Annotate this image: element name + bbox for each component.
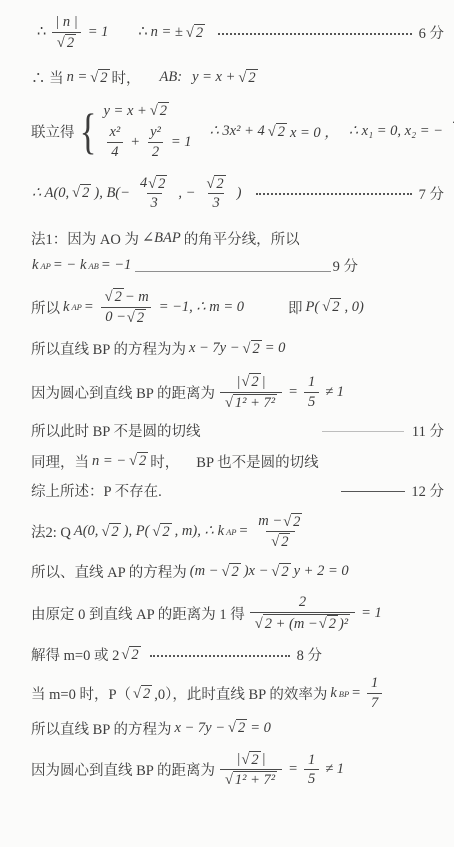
sqrt-icon: √ (225, 395, 233, 411)
sqrt-icon: √ (121, 647, 129, 663)
sqrt-icon: √ (241, 752, 249, 768)
chinese-text: ,0），此时直线 BP 的效率为 (154, 683, 327, 704)
score-label: 8 分 (297, 644, 322, 665)
sqrt-expression: √2 (72, 184, 91, 202)
numerator: m −√2 (254, 513, 307, 532)
math-text: | (236, 374, 240, 391)
math-text: ) (237, 185, 242, 202)
sqrt-icon: √ (255, 616, 263, 632)
chinese-text: 联立得 (31, 121, 75, 142)
subscript: AP (226, 527, 236, 537)
denominator: √1² + 7² (220, 392, 282, 412)
sqrt-icon: √ (57, 35, 65, 51)
sqrt-radicand: 2 (135, 309, 146, 327)
solution-line-6: kAP = − kAB = −1 9 分 (30, 255, 444, 276)
sqrt-radicand: 2 (65, 34, 76, 52)
sqrt-icon: √ (129, 453, 137, 469)
sqrt-icon: √ (283, 514, 291, 530)
solution-line-16: 解得 m=0 或 2 √2 8 分 (30, 644, 444, 665)
solution-line-2: ∴ 当 n = √2 时， AB: y = x + √2 (30, 67, 444, 88)
subscript: AB (88, 261, 98, 271)
sqrt-radicand: 2 (158, 102, 169, 120)
dotted-leader (150, 653, 290, 657)
fraction: 4√2 3 (449, 113, 454, 150)
numerator: |√2| (232, 373, 269, 392)
math-text: = 0 (250, 720, 271, 737)
numerator: 4√2 (136, 175, 172, 194)
math-text: − m (125, 289, 149, 306)
sqrt-radicand: 2 (160, 523, 171, 541)
solution-line-5: 法1：因为 AO 为 ∠BAP 的角平分线，所以 (30, 228, 444, 249)
sqrt-radicand: 2 (98, 69, 109, 87)
math-text: , 0) (344, 299, 363, 316)
chinese-text: 因为圆心到直线 BP 的距离为 (31, 759, 215, 780)
math-text: | (262, 751, 266, 768)
numerator: x² (106, 124, 125, 142)
sqrt-expression: √2 (129, 452, 148, 470)
sqrt-icon: √ (221, 564, 229, 580)
denominator: 5 (304, 769, 319, 788)
sqrt-expression: √2 + (m −√2)² (255, 614, 350, 633)
chinese-text: 时， (112, 67, 141, 88)
score-label: 9 分 (333, 255, 358, 276)
sqrt-icon: √ (72, 185, 80, 201)
sqrt-icon: √ (90, 70, 98, 86)
sqrt-radicand: 2 (229, 563, 240, 581)
numerator: y² (146, 124, 165, 142)
math-text: n = − (92, 453, 126, 470)
sqrt-radicand: 2 (80, 184, 91, 202)
subscript: AP (40, 261, 50, 271)
fraction: √2 3 (201, 175, 230, 212)
sqrt-icon: √ (150, 103, 158, 119)
chinese-text: 的角平分线，所以 (184, 228, 300, 249)
sqrt-expression: √2 (241, 751, 260, 769)
denominator: 2 (148, 142, 163, 161)
sqrt-icon: √ (268, 124, 276, 140)
sqrt-icon: √ (105, 289, 113, 305)
math-text: P( (306, 299, 320, 316)
math-text: n = ± (151, 24, 183, 41)
score-label: 6 分 (419, 22, 444, 43)
sqrt-radicand: 2 (330, 298, 341, 316)
math-text: = −1 (101, 257, 131, 274)
fraction: x² 4 (106, 124, 125, 160)
math-text: = (351, 685, 361, 702)
fraction: 1 7 (367, 675, 382, 711)
math-text: | (236, 751, 240, 768)
math-text: x − 7y − (189, 340, 240, 357)
solution-line-3: 联立得 { y = x + √2 x² 4 + y² 2 = 1 ∴ 3x² +… (30, 102, 444, 160)
denominator: 4 (107, 142, 122, 161)
math-text: (m − (190, 563, 219, 580)
solution-line-13: 法2: Q A(0, √2 ), P( √2 , m), ∴ kAP = m −… (30, 513, 444, 551)
chinese-text: 综上所述：P 不存在. (31, 480, 162, 501)
math-text: k (80, 257, 86, 274)
chinese-text: 时， (150, 451, 179, 472)
sqrt-radicand: 2 (129, 646, 140, 664)
equation-system: y = x + √2 x² 4 + y² 2 = 1 (102, 102, 194, 160)
fraction: y² 2 (146, 124, 165, 160)
sqrt-expression: √2 (105, 288, 124, 306)
fraction: 2 √2 + (m −√2)² (250, 594, 355, 632)
denominator: √2 (52, 32, 81, 52)
solution-line-12: 综上所述：P 不存在. 12 分 (30, 480, 444, 501)
sqrt-icon: √ (271, 564, 279, 580)
chinese-text: ∴ 当 (31, 67, 64, 88)
solution-line-10: 所以此时 BP 不是圆的切线 11 分 (30, 420, 444, 441)
sqrt-radicand: 2 (279, 533, 290, 551)
sqrt-expression: √2 (268, 123, 287, 141)
math-text: )² (339, 616, 348, 632)
solution-line-11: 同理，当 n = − √2 时， BP 也不是圆的切线 (30, 451, 444, 472)
math-text: A(0, (74, 523, 99, 540)
sqrt-radicand: 2 (251, 340, 262, 358)
sqrt-icon: √ (148, 176, 156, 192)
math-text: = 0 (265, 340, 286, 357)
math-text: ≠ 1 (325, 384, 344, 401)
sqrt-icon: √ (319, 616, 327, 632)
sqrt-icon: √ (127, 310, 135, 326)
therefore-symbol: ∴ (37, 24, 46, 41)
math-text: k (218, 523, 224, 540)
system-equation-1: y = x + √2 (102, 102, 171, 120)
sqrt-icon: √ (241, 374, 249, 390)
denominator: 7 (367, 693, 382, 712)
sqrt-icon: √ (322, 299, 330, 315)
chinese-text: 所以此时 BP 不是圆的切线 (31, 420, 200, 441)
fraction: 1 5 (304, 752, 319, 788)
math-text: ∠BAP (142, 230, 181, 247)
chinese-text: 当 m=0 时，P（ (31, 683, 131, 704)
dotted-leader (218, 31, 412, 35)
math-text: x = 0 ， (290, 121, 339, 142)
chinese-text: 因为圆心到直线 BP 的距离为 (31, 382, 215, 403)
numerator: 2 (295, 594, 310, 612)
math-text: = −1, ∴ m = 0 (159, 299, 244, 316)
fraction: | n | √2 (51, 14, 81, 51)
score-label: 7 分 (419, 183, 444, 204)
sqrt-radicand: 2 (279, 563, 290, 581)
chinese-text: 所以直线 BP 的方程为 (31, 718, 171, 739)
chinese-text: 所以、直线 AP 的方程为 (31, 561, 187, 582)
denominator: 5 (304, 392, 319, 411)
sqrt-expression: √2 (121, 646, 140, 664)
sqrt-radicand: 2 (137, 452, 148, 470)
solution-line-4: ∴ A(0, √2 ), B(− 4√2 3 , − √2 3 ) 7 分 (30, 175, 444, 212)
math-text: = 1 (171, 134, 192, 151)
score-label: 12 分 (411, 480, 444, 501)
numerator: | n | (51, 14, 81, 32)
denominator: 3 (208, 193, 223, 212)
sqrt-icon: √ (206, 176, 214, 192)
math-text: = (84, 299, 94, 316)
math-text: m − (258, 513, 282, 530)
chinese-text: 法1：因为 AO 为 (31, 228, 139, 249)
chinese-text: 所以 (31, 297, 60, 318)
math-text: = (288, 761, 298, 778)
sqrt-expression: √2 (271, 563, 290, 581)
sqrt-expression: √2 (243, 340, 262, 358)
sqrt-expression: √2 (150, 102, 169, 120)
numerator: 1 (304, 374, 319, 392)
chinese-text: 法2: Q (31, 521, 71, 542)
solution-line-9: 因为圆心到直线 BP 的距离为 |√2| √1² + 7² = 1 5 ≠ 1 (30, 373, 444, 411)
subscript: AP (71, 302, 81, 312)
math-text: ∴ A(0, (32, 185, 69, 202)
math-text: k (32, 257, 38, 274)
system-brace: { (79, 110, 96, 153)
solution-line-8: 所以直线 BP 的方程为为 x − 7y − √2 = 0 (30, 338, 444, 359)
sqrt-expression: √2 (127, 309, 146, 327)
sqrt-expression: √2 (241, 373, 260, 391)
sqrt-icon: √ (186, 25, 194, 41)
math-text: ), P( (124, 523, 150, 540)
math-text: y = x + (192, 69, 235, 86)
sqrt-expression: √1² + 7² (225, 771, 277, 789)
math-text: ≠ 1 (325, 761, 344, 778)
sqrt-icon: √ (225, 772, 233, 788)
numerator: 1 (367, 675, 382, 693)
math-text: k (63, 299, 69, 316)
sqrt-radicand: 2 (194, 24, 205, 42)
math-text: 0 − (105, 309, 126, 326)
short-line-leader (322, 429, 404, 432)
math-text: 2 + (m − (265, 616, 318, 632)
sqrt-expression: √2 (271, 533, 290, 551)
sqrt-expression: √2 (228, 719, 247, 737)
chinese-text: 所以直线 BP 的方程为为 (31, 338, 186, 359)
denominator: √2 (266, 531, 295, 551)
numerator: 1 (304, 752, 319, 770)
subscript: BP (339, 689, 349, 699)
fraction: √2− m 0 −√2 (100, 288, 153, 326)
sqrt-expression: √2 (90, 69, 109, 87)
fraction: 4√2 3 (136, 175, 172, 212)
therefore-symbol: ∴ (138, 24, 147, 41)
underline-leader (135, 259, 330, 272)
math-text: = (288, 384, 298, 401)
sqrt-icon: √ (152, 524, 160, 540)
math-text: AB: (160, 69, 183, 86)
sqrt-radicand: 2 (214, 175, 225, 193)
chinese-text: 解得 m=0 或 2 (31, 644, 119, 665)
sqrt-expression: √2 (238, 69, 257, 87)
solution-line-15: 由原定 0 到直线 AP 的距离为 1 得 2 √2 + (m −√2)² = … (30, 594, 444, 632)
sqrt-radicand: 2 (249, 373, 260, 391)
sqrt-icon: √ (228, 720, 236, 736)
sqrt-icon: √ (238, 70, 246, 86)
sqrt-expression: √2 (152, 523, 171, 541)
sqrt-expression: √2 (322, 298, 341, 316)
math-text: ∴ x₁ = 0, x₂ = − (349, 123, 443, 140)
math-text: = 1 (361, 605, 382, 622)
chinese-text: 由原定 0 到直线 AP 的距离为 1 得 (31, 603, 245, 624)
sqrt-radicand: 2 (236, 719, 247, 737)
sqrt-expression: √2 (206, 175, 225, 193)
math-text: y = x + (104, 103, 147, 120)
denominator: √1² + 7² (220, 769, 282, 789)
math-text: = 1 (88, 24, 109, 41)
sqrt-icon: √ (271, 534, 279, 550)
sqrt-expression: √2 (186, 24, 205, 42)
sqrt-radicand: 2 (109, 523, 120, 541)
math-text: )x − (244, 563, 269, 580)
math-text: y + 2 = 0 (294, 563, 349, 580)
sqrt-radicand: 2 (113, 288, 124, 306)
fraction: m −√2 √2 (254, 513, 307, 551)
sqrt-icon: √ (243, 341, 251, 357)
sqrt-expression: √2 (57, 34, 76, 52)
sqrt-radicand: 2 (249, 751, 260, 769)
math-text: + (130, 134, 140, 151)
solution-line-1: ∴ | n | √2 = 1 ∴ n = ± √2 6 分 (36, 14, 444, 51)
sqrt-expression: √2 (319, 615, 338, 633)
math-text: | (262, 374, 266, 391)
numerator: √2 (201, 175, 230, 194)
denominator: 0 −√2 (101, 307, 151, 327)
system-equation-2: x² 4 + y² 2 = 1 (102, 124, 194, 160)
math-text: n = (67, 69, 88, 86)
solution-line-7: 所以 kAP = √2− m 0 −√2 = −1, ∴ m = 0 即 P( … (30, 288, 444, 326)
sqrt-radicand: 2 (291, 513, 302, 531)
sqrt-expression: √2 (221, 563, 240, 581)
sqrt-radicand: 2 + (m −√2)² (263, 614, 350, 633)
math-text: , − (178, 185, 195, 202)
denominator: 3 (147, 193, 162, 212)
sqrt-radicand: 2 (141, 685, 152, 703)
sqrt-icon: √ (101, 524, 109, 540)
chinese-text: 即 (288, 297, 303, 318)
chinese-text: BP 也不是圆的切线 (196, 451, 318, 472)
sqrt-expression: √2 (133, 685, 152, 703)
sqrt-radicand: 2 (246, 69, 257, 87)
sqrt-radicand: 2 (327, 615, 338, 633)
fraction: |√2| √1² + 7² (220, 373, 282, 411)
dotted-leader (256, 191, 412, 195)
sqrt-expression: √2 (283, 513, 302, 531)
sqrt-radicand: 1² + 7² (233, 771, 277, 789)
numerator: 4√2 (449, 113, 454, 132)
solution-line-14: 所以、直线 AP 的方程为 (m − √2 )x − √2 y + 2 = 0 (30, 561, 444, 582)
math-text: 4 (140, 175, 147, 192)
math-text: ), B(− (94, 185, 130, 202)
chinese-text: 同理，当 (31, 451, 89, 472)
sqrt-expression: √2 (148, 175, 167, 193)
sqrt-radicand: 2 (156, 175, 167, 193)
solution-line-17: 当 m=0 时，P（ √2 ,0），此时直线 BP 的效率为 kBP = 1 7 (30, 675, 444, 711)
denominator: √2 + (m −√2)² (250, 612, 355, 633)
numerator: |√2| (232, 751, 269, 770)
solution-line-18: 所以直线 BP 的方程为 x − 7y − √2 = 0 (30, 718, 444, 739)
sqrt-icon: √ (133, 686, 141, 702)
math-text: k (330, 685, 336, 702)
math-text: = (239, 523, 249, 540)
sqrt-radicand: 2 (276, 123, 287, 141)
numerator: √2− m (100, 288, 153, 307)
sqrt-radicand: 1² + 7² (233, 394, 277, 412)
fraction: |√2| √1² + 7² (220, 751, 282, 789)
math-text: x − 7y − (174, 720, 225, 737)
score-label: 11 分 (412, 420, 444, 441)
math-text: ∴ 3x² + 4 (210, 123, 265, 140)
fraction: 1 5 (304, 374, 319, 410)
sqrt-expression: √2 (101, 523, 120, 541)
solution-line-19: 因为圆心到直线 BP 的距离为 |√2| √1² + 7² = 1 5 ≠ 1 (30, 751, 444, 789)
sqrt-expression: √1² + 7² (225, 394, 277, 412)
math-text: = − (53, 257, 76, 274)
math-text: , m), ∴ (175, 523, 214, 540)
solid-line-leader (341, 489, 405, 492)
math-solution-document: { "symbols": { "sqrt": "√", "brace": "{"… (0, 0, 454, 847)
